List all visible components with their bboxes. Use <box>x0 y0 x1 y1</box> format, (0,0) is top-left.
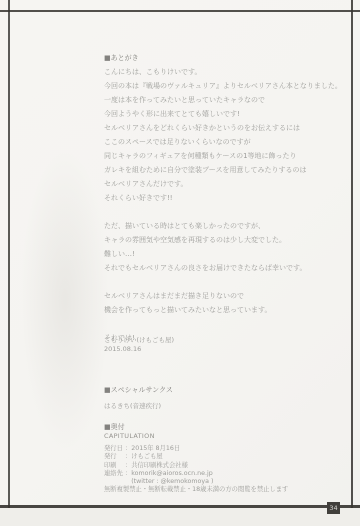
special-thanks-section: ■スペシャルサンクス はるきち(音速疾行) <box>104 385 284 411</box>
text-line: セルベリアさんをどれくらい好きかというのをお伝えするには <box>104 121 336 135</box>
page-edge-left-line <box>8 0 10 526</box>
text-line <box>104 275 336 289</box>
text-line: 今回の本は『戦場のヴァルキュリア』よりセルベリアさん本となりました。 <box>104 79 336 93</box>
text-line: 連絡先 ：komorik@aioros.ocn.ne.jp <box>104 470 336 478</box>
afterword-heading: ■あとがき <box>104 51 336 65</box>
text-line: それでもセルベリアさんの良さをお届けできたならば幸いです。 <box>104 261 336 275</box>
text-line: 発行 ：けもごも屋 <box>104 453 336 461</box>
text-line: 印刷 ：共信印刷株式会社様 <box>104 462 336 470</box>
book-title: CAPITULATION <box>104 432 336 441</box>
colophon-details: 発行日 ：2015年 8月16日発行 ：けもごも屋印刷 ：共信印刷株式会社様連絡… <box>104 445 336 495</box>
afterword-body: こんにちは、こもりけいです。今回の本は『戦場のヴァルキュリア』よりセルベリアさん… <box>104 65 336 345</box>
text-line: 今回ようやく形に出来てとても嬉しいです! <box>104 107 336 121</box>
text-line: 難しい…! <box>104 247 336 261</box>
text-line: 同じキャラのフィギュアを何種類もケースの1等地に飾ったり <box>104 149 336 163</box>
colophon-heading: ■奥付 <box>104 423 336 432</box>
text-line <box>104 317 336 331</box>
author-name: こもりけい(けもごも屋) <box>104 336 264 345</box>
scan-bottom-strip <box>0 508 360 526</box>
signature-block: こもりけい(けもごも屋) 2015.08.16 <box>104 336 264 353</box>
page-edge-right-line <box>351 0 353 526</box>
text-line: それくらい好きです!! <box>104 191 336 205</box>
special-thanks-heading: ■スペシャルサンクス <box>104 385 284 395</box>
text-line: ここのスペースでは足りないくらいなのですが <box>104 135 336 149</box>
text-line <box>104 205 336 219</box>
text-line: 一度は本を作ってみたいと思っていたキャラなので <box>104 93 336 107</box>
text-line: ガレキを組むために自分で塗装ブースを用意してみたりするのは <box>104 163 336 177</box>
text-line: 無断複製禁止・無断転載禁止・18歳未満の方の閲覧を禁止します <box>104 486 336 494</box>
page-number-badge: 34 <box>327 502 340 514</box>
text-line: こんにちは、こもりけいです。 <box>104 65 336 79</box>
special-thanks-name: はるきち(音速疾行) <box>104 401 284 411</box>
text-line: キャラの雰囲気や空気感を再現するのは少し大変でした。 <box>104 233 336 247</box>
scanned-page: ■あとがき こんにちは、こもりけいです。今回の本は『戦場のヴァルキュリア』よりセ… <box>0 0 360 526</box>
colophon-section: ■奥付 CAPITULATION 発行日 ：2015年 8月16日発行 ：けもご… <box>104 423 336 495</box>
text-line: セルベリアさんだけです。 <box>104 177 336 191</box>
afterword-section: ■あとがき こんにちは、こもりけいです。今回の本は『戦場のヴァルキュリア』よりセ… <box>104 51 336 345</box>
signature-date: 2015.08.16 <box>104 345 264 354</box>
text-line: 機会を作ってもっと描いてみたいなと思っています。 <box>104 303 336 317</box>
text-line: ただ、描いている時はとても楽しかったのですが、 <box>104 219 336 233</box>
page-edge-top-line <box>0 10 360 12</box>
text-line: セルベリアさんはまだまだ描き足りないので <box>104 289 336 303</box>
scan-shading <box>20 150 110 450</box>
